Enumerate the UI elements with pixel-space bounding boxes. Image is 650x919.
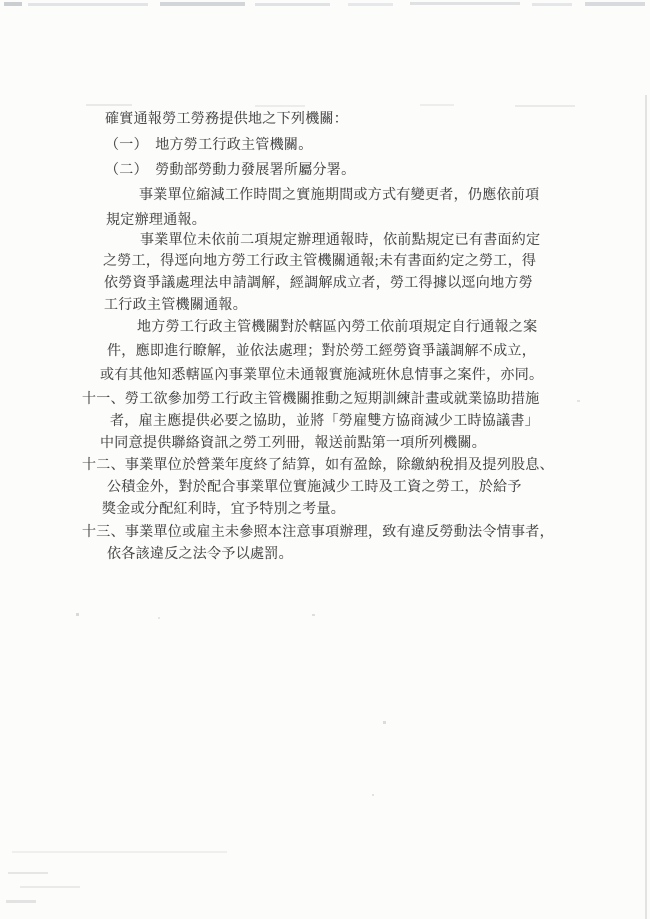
text-line-18: 獎金或分配紅利時，宜予特別之考量。 [102,501,345,518]
text-line-8: 依勞資爭議處理法申請調解，經調解成立者，勞工得據以逕向地方勞 [104,275,533,292]
text-line-7: 之勞工，得逕向地方勞工行政主管機關通報;未有書面約定之勞工，得 [103,253,536,270]
document-text-layer: 確實通報勞工勞務提供地之下列機關： （一） 地方勞工行政主管機關。 （二） 勞動… [0,0,650,919]
text-line-2: （一） 地方勞工行政主管機關。 [105,137,313,154]
text-line-4: 事業單位縮減工作時間之實施期間或方式有變更者，仍應依前項 [139,187,539,204]
text-line-13: 十一、勞工欲參加勞工行政主管機關推動之短期訓練計畫或就業協助措施 [82,391,540,408]
text-line-20: 依各該違反之法令予以處罰。 [107,546,293,563]
text-line-14: 者，雇主應提供必要之協助，並將「勞雇雙方協商減少工時協議書」 [110,413,539,430]
text-line-12: 或有其他知悉轄區內事業單位未通報實施減班休息情事之案件，亦同。 [100,367,543,384]
text-line-10: 地方勞工行政主管機關對於轄區內勞工依前項規定自行通報之案 [137,319,537,336]
text-line-9: 工行政主管機關通報。 [104,297,247,314]
text-line-3: （二） 勞動部勞動力發展署所屬分署。 [105,162,355,179]
text-line-16: 十二、事業單位於營業年度終了結算，如有盈餘，除繳納稅捐及提列股息、 [82,457,554,474]
text-line-15: 中同意提供聯絡資訊之勞工列冊，報送前點第一項所列機關。 [100,435,486,452]
text-line-19: 十三、事業單位或雇主未參照本注意事項辦理，致有違反勞動法令情事者， [82,524,554,541]
text-line-11: 件，應即進行瞭解，並依法處理；對於勞工經勞資爭議調解不成立， [107,343,536,360]
document-page: 確實通報勞工勞務提供地之下列機關： （一） 地方勞工行政主管機關。 （二） 勞動… [0,0,650,919]
text-line-1: 確實通報勞工勞務提供地之下列機關： [105,111,348,128]
text-line-17: 公積金外，對於配合事業單位實施減少工時及工資之勞工，於給予 [107,479,522,496]
text-line-6: 事業單位未依前二項規定辦理通報時，依前點規定已有書面約定 [140,232,540,249]
text-line-5: 規定辦理通報。 [106,212,206,229]
